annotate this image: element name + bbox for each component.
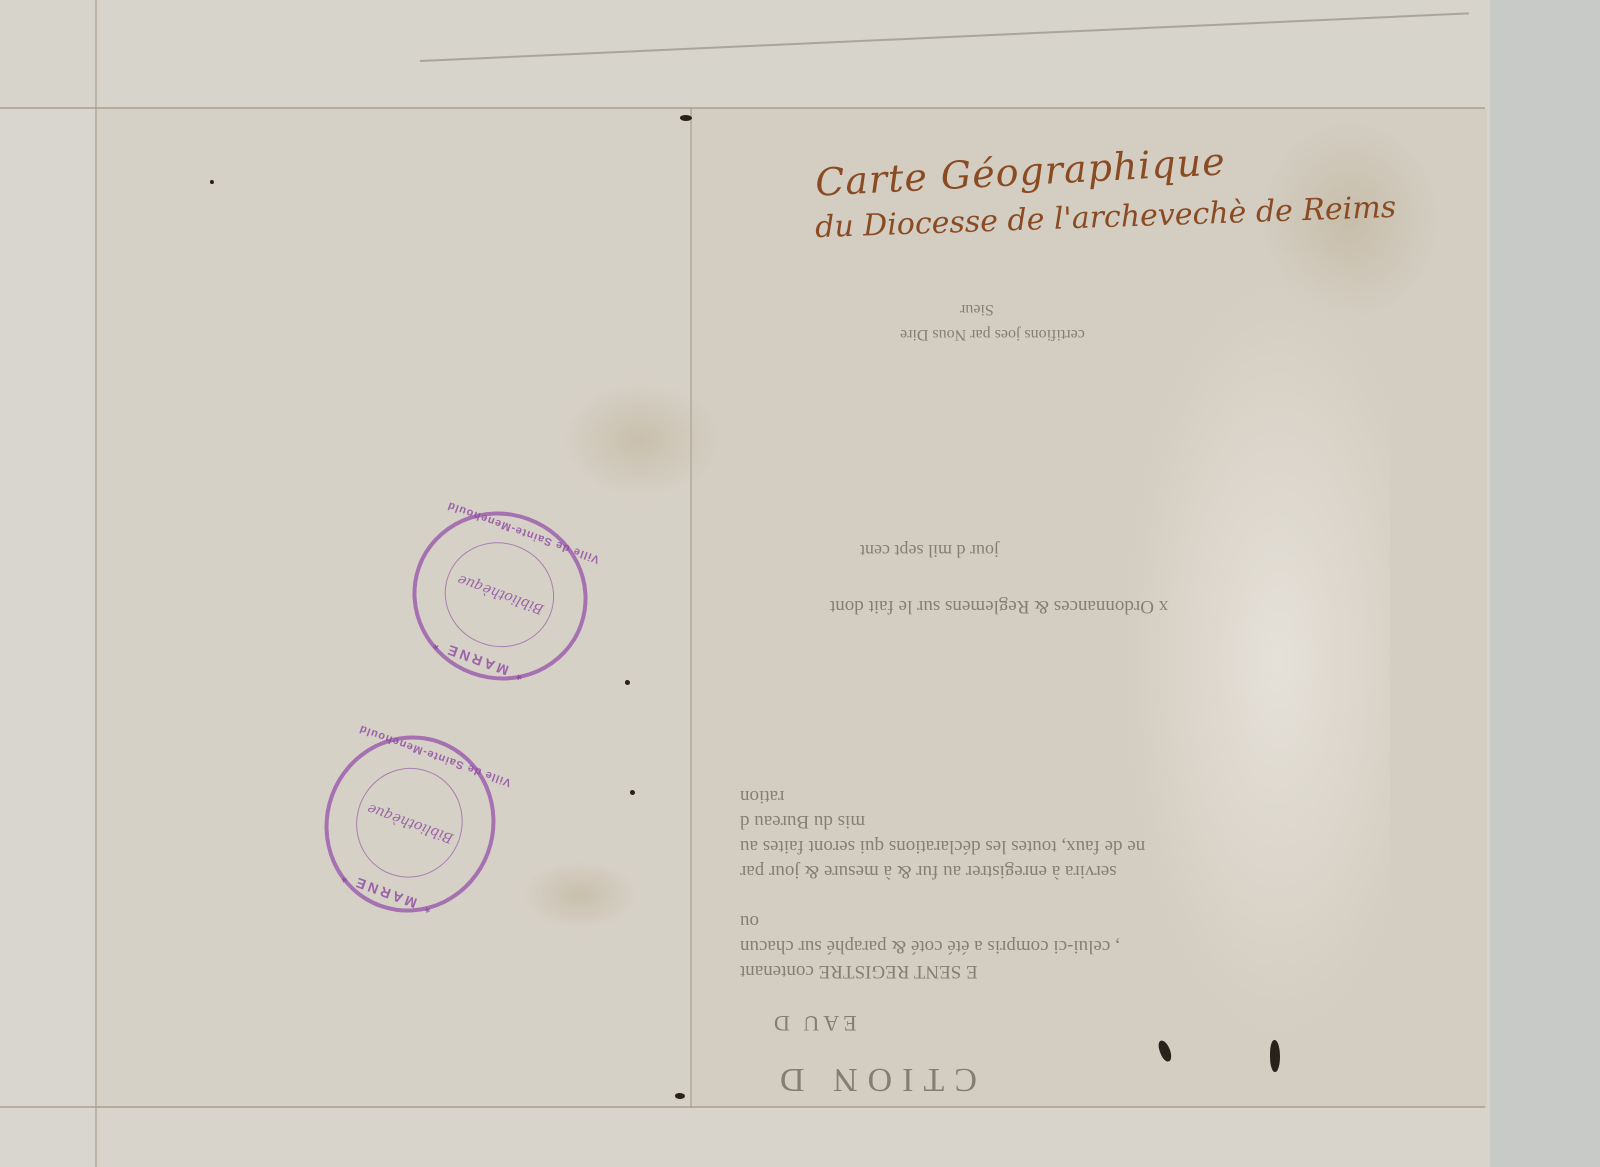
ink-spot bbox=[625, 680, 630, 685]
ink-spot bbox=[210, 180, 214, 184]
left-panel bbox=[95, 108, 692, 1108]
bleed-line: certifions joes par Nous Dire bbox=[900, 325, 1085, 343]
fold-line-center bbox=[690, 108, 692, 1108]
bleed-line: jour d mil sept cent bbox=[860, 540, 999, 561]
ink-spot bbox=[1270, 1040, 1280, 1072]
fold-line-top bbox=[0, 107, 1485, 109]
bleed-line: ou bbox=[740, 910, 759, 932]
bleed-line: Sieur bbox=[960, 300, 994, 318]
bleed-line: EAU D bbox=[770, 1010, 857, 1036]
bleed-line: ration bbox=[740, 785, 784, 807]
fold-line-bottom bbox=[0, 1106, 1485, 1108]
bleed-through-print: CTION D EAU D E SENT REGISTRE contenant … bbox=[740, 270, 1380, 1100]
bleed-line: ne de faux, toutes les déclarations qui … bbox=[740, 835, 1145, 857]
foxing-stain bbox=[520, 860, 640, 930]
ink-spot bbox=[680, 115, 692, 121]
bleed-line: servira à enregistrer au fur & à mesure … bbox=[740, 860, 1117, 882]
foxing-stain bbox=[560, 380, 720, 500]
bottom-fold-strip bbox=[95, 1108, 1485, 1167]
document-sheet: CTION D EAU D E SENT REGISTRE contenant … bbox=[0, 0, 1490, 1167]
ink-spot bbox=[675, 1093, 685, 1099]
top-fold-strip bbox=[0, 0, 1485, 108]
fold-line-left bbox=[95, 0, 97, 1167]
bleed-line: CTION D bbox=[770, 1060, 977, 1098]
bleed-line: x Ordonnances & Reglemens sur le fait do… bbox=[830, 595, 1168, 617]
bleed-line: mis du Bureau d bbox=[740, 810, 865, 832]
bleed-line: , celui-ci compris a été coté & paraphé … bbox=[740, 935, 1120, 957]
left-fold-strip bbox=[0, 108, 95, 1167]
ink-spot bbox=[630, 790, 635, 795]
bleed-line: E SENT REGISTRE contenant bbox=[740, 960, 978, 982]
